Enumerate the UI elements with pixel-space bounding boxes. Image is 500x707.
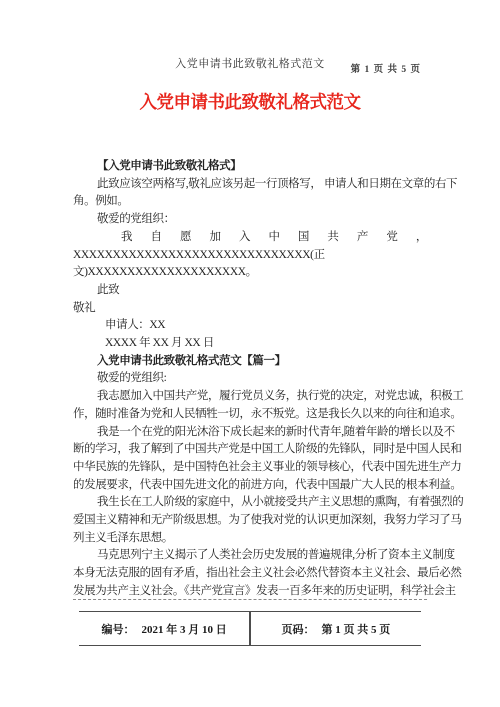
body-text: 【入党申请书此致敬礼格式】此致应该空两格写,敬礼应该另起一行顶格写， 申请人和日… bbox=[73, 158, 427, 601]
body-line: 我志愿加入中国共产党，履行党员义务，执行党的决定，对党忠诚，积极工 bbox=[73, 388, 427, 406]
document-page: 入党申请书此致敬礼格式范文 第 1 页 共 5 页 入党申请书此致敬礼格式范文 … bbox=[0, 0, 500, 707]
header-doc-title: 入党申请书此致敬礼格式范文 bbox=[0, 55, 500, 71]
body-line: 此致 bbox=[73, 282, 427, 300]
body-line: 中华民族的先锋队，是中国特色社会主义事业的领导核心，代表中国先进生产力 bbox=[73, 459, 427, 477]
footer-dashed-divider bbox=[73, 599, 427, 600]
page-title: 入党申请书此致敬礼格式范文 bbox=[0, 89, 500, 114]
body-line: 我生长在工人阶级的家庭中，从小就接受共产主义思想的熏陶，有着强烈的 bbox=[73, 494, 427, 512]
body-line: 列主义毛泽东思想。 bbox=[73, 530, 427, 548]
body-line: 敬爱的党组织: bbox=[73, 370, 427, 388]
footer-table: 编号： 2021 年 3 月 10 日 页码： 第 1 页 共 5 页 bbox=[79, 611, 421, 646]
body-line: 文)XXXXXXXXXXXXXXXXXXXX。 bbox=[73, 264, 427, 282]
body-line: XXXXXXXXXXXXXXXXXXXXXXXXXXXXXX(正 bbox=[73, 247, 427, 265]
footer-cell-page: 页码： 第 1 页 共 5 页 bbox=[251, 612, 421, 645]
body-line: 发展为共产主义社会。《共产党宣言》发表一百多年来的历史证明，科学社会主 bbox=[73, 583, 427, 601]
body-line: 我是一个在党的阳光沐浴下成长起来的新时代青年,随着年龄的增长以及不 bbox=[73, 424, 427, 442]
body-line: 爱国主义精神和无产阶级思想。为了使我对党的认识更加深刻，我努力学习了马 bbox=[73, 512, 427, 530]
body-line: 敬礼 bbox=[73, 300, 427, 318]
header-page-indicator: 第 1 页 共 5 页 bbox=[351, 61, 421, 75]
body-line: 马克思列宁主义揭示了人类社会历史发展的普遍规律,分析了资本主义制度 bbox=[73, 547, 427, 565]
body-line: 申请人：XX bbox=[73, 317, 427, 335]
body-line: 断的学习，我了解到了中国共产党是中国工人阶级的先锋队，同时是中国人民和 bbox=[73, 441, 427, 459]
body-line: 此致应该空两格写,敬礼应该另起一行顶格写， 申请人和日期在文章的右下 bbox=[73, 176, 427, 194]
body-line: 本身无法克服的固有矛盾，指出社会主义社会必然代替资本主义社会、最后必然 bbox=[73, 565, 427, 583]
body-line: 入党申请书此致敬礼格式范文【篇一】 bbox=[73, 353, 427, 371]
body-line: 【入党申请书此致敬礼格式】 bbox=[73, 158, 427, 176]
body-line: XXXX 年 XX 月 XX 日 bbox=[73, 335, 427, 353]
footer-number-value: 2021 年 3 月 10 日 bbox=[141, 621, 226, 637]
body-line: 的发展要求，代表中国先进文化的前进方向，代表中国最广大人民的根本利益。 bbox=[73, 477, 427, 495]
body-line: 我 自 愿 加 入 中 国 共 产 党 ， bbox=[73, 229, 427, 247]
body-line: 敬爱的党组织： bbox=[73, 211, 427, 229]
footer-page-label: 页码： bbox=[282, 621, 315, 637]
body-line: 作，随时准备为党和人民牺牲一切，永不叛党。这是我长久以来的向往和追求。 bbox=[73, 406, 427, 424]
footer-cell-number: 编号： 2021 年 3 月 10 日 bbox=[79, 612, 249, 645]
footer-page-value: 第 1 页 共 5 页 bbox=[322, 621, 391, 637]
footer-number-label: 编号： bbox=[101, 621, 134, 637]
body-line: 角。例如。 bbox=[73, 193, 427, 211]
